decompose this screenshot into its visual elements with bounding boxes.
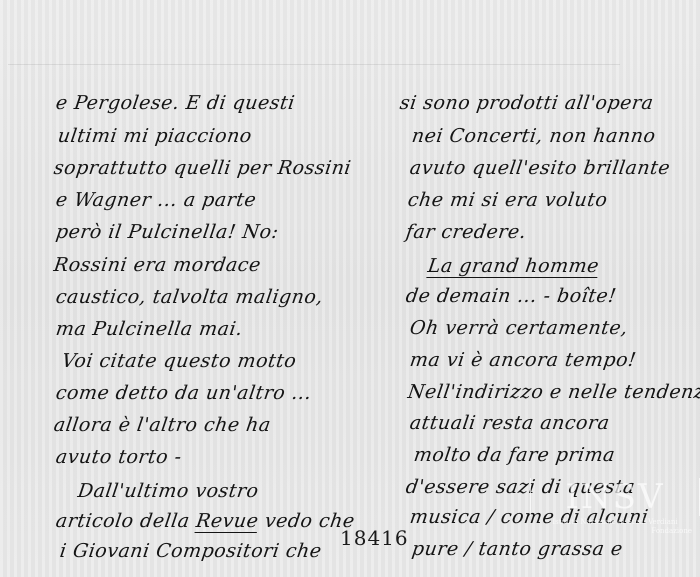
underlined-revue: Revue <box>195 510 260 532</box>
handwritten-line: Oh verrà certamente, <box>408 317 629 339</box>
handwritten-line: nei Concerti, non hanno <box>410 125 657 147</box>
handwritten-line: soprattutto quelli per Rossini <box>52 157 352 179</box>
handwritten-line: però il Pulcinella! No: <box>54 221 280 243</box>
handwritten-line: avuto torto - <box>54 446 183 468</box>
handwritten-line: avuto quell'esito brillante <box>408 157 671 179</box>
handwritten-line: e Pergolese. E di questi <box>54 92 296 114</box>
handwritten-line: attuali resta ancora <box>408 412 611 434</box>
handwritten-line: allora è l'altro che ha <box>52 414 272 436</box>
handwritten-line: ma Pulcinella mai. <box>54 318 244 340</box>
handwritten-line: Dall'ultimo vostro <box>76 480 260 502</box>
watermark-subcaption: Fondazione <box>530 527 700 536</box>
paper-fold-line <box>8 64 620 65</box>
handwritten-heading-line: La grand homme <box>426 255 600 277</box>
handwritten-line: si sono prodotti all'opera <box>398 92 654 114</box>
archive-stamp-number: 18416 <box>340 526 409 550</box>
handwritten-line: Rossini era mordace <box>52 254 262 276</box>
handwritten-line: articolo della Revue vedo che <box>54 510 356 532</box>
handwritten-line: come detto da un'altro ... <box>54 382 313 404</box>
handwritten-line: molto da fare prima <box>412 444 616 466</box>
handwritten-line: Nell'indirizzo e nelle tendenze <box>406 381 700 403</box>
handwritten-line: de demain ... - boîte! <box>404 285 617 307</box>
handwritten-line: ma vi è ancora tempo! <box>408 349 637 371</box>
handwritten-line: d'essere sazi di questa <box>404 476 636 498</box>
handwritten-line: pure / tanto grassa e <box>410 538 624 560</box>
handwritten-line: e Wagner ... a parte <box>54 189 257 211</box>
handwritten-line: che mi si era voluto <box>406 189 609 211</box>
handwritten-line: musica / come di alcuni <box>408 506 649 528</box>
handwritten-line: ultimi mi piacciono <box>56 125 253 147</box>
handwritten-line: Voi citate questo motto <box>60 350 297 372</box>
handwritten-line: i Giovani Compositori che <box>58 540 323 562</box>
manuscript-page: e Pergolese. E di questi ultimi mi piacc… <box>0 0 700 577</box>
handwritten-line: caustico, talvolta maligno, <box>54 286 324 308</box>
handwritten-line: far credere. <box>404 221 527 243</box>
article-text: articolo della <box>54 510 197 532</box>
